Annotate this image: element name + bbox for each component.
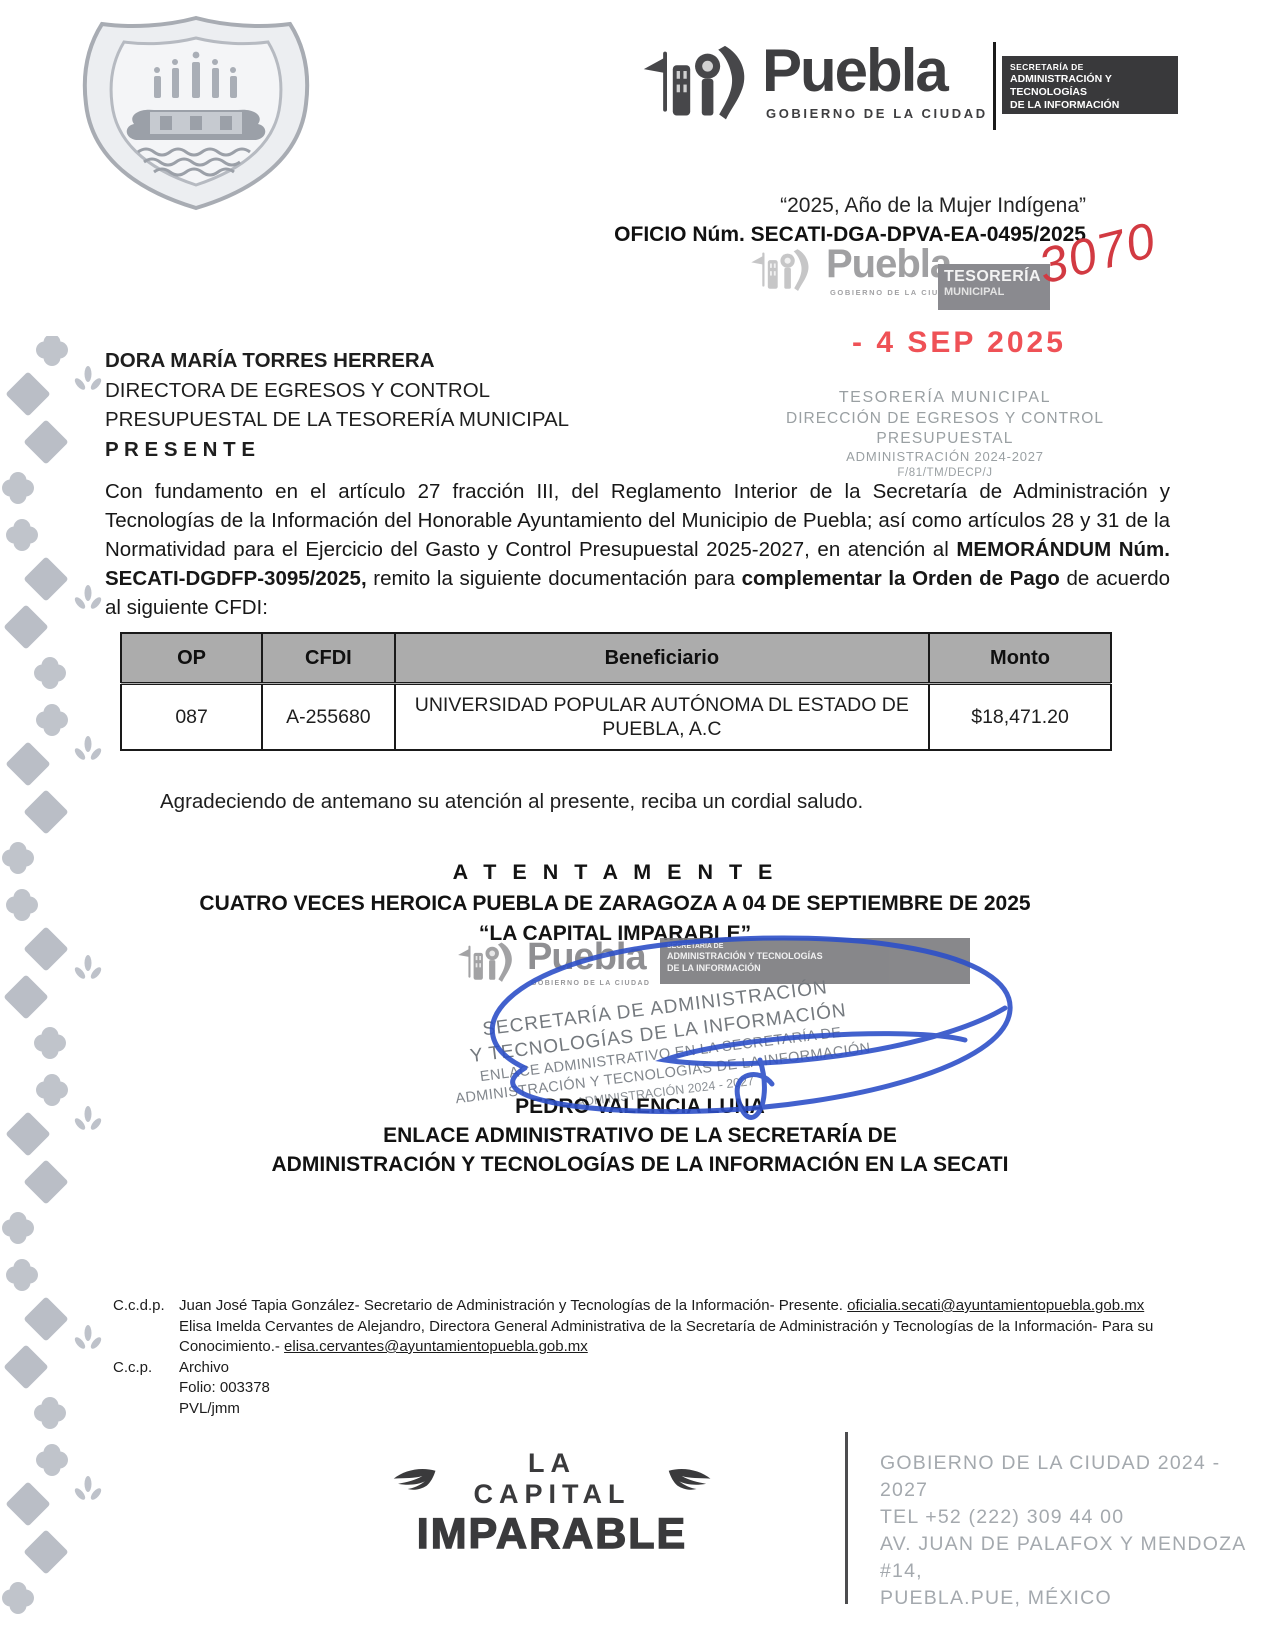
cc-row: C.c.p. Archivo xyxy=(113,1358,1221,1379)
year-quote: “2025, Año de la Mujer Indígena” xyxy=(466,194,1086,218)
cfdi-table: OP CFDI Beneficiario Monto 087 A-255680 … xyxy=(120,632,1112,751)
cc-archivo: Archivo xyxy=(179,1358,1221,1379)
cc-row: Folio: 003378 xyxy=(113,1378,1221,1399)
talavera-margin-pattern xyxy=(0,336,112,1646)
cc-initials: PVL/jmm xyxy=(179,1399,1221,1420)
logo-divider xyxy=(993,42,996,130)
atentamente: A T E N T A M E N T E xyxy=(65,860,1165,885)
puebla-coat-of-arms xyxy=(76,12,316,212)
brand-wordmark: Puebla xyxy=(762,36,947,105)
address-line: AV. JUAN DE PALAFOX Y MENDOZA #14, xyxy=(880,1531,1272,1585)
cc-label: C.c.d.p. xyxy=(113,1296,179,1317)
wing-left-icon xyxy=(392,1466,437,1493)
cc-entry: Elisa Imelda Cervantes de Alejandro, Dir… xyxy=(179,1317,1221,1358)
cc-entry1-email-link[interactable]: oficialia.secati@ayuntamientopuebla.gob.… xyxy=(847,1297,1144,1314)
footer-address: GOBIERNO DE LA CIUDAD 2024 - 2027 TEL +5… xyxy=(880,1450,1272,1612)
address-line: GOBIERNO DE LA CIUDAD 2024 - 2027 xyxy=(880,1450,1272,1504)
header-cfdi: CFDI xyxy=(262,633,394,684)
cell-op: 087 xyxy=(121,684,262,751)
body-paragraph: Con fundamento en el artículo 27 fracció… xyxy=(105,477,1170,622)
secretariat-line1: ADMINISTRACIÓN Y TECNOLOGÍAS xyxy=(1010,73,1170,99)
handwritten-signature xyxy=(430,898,1050,1150)
header-beneficiario: Beneficiario xyxy=(395,633,929,684)
thanks-line: Agradeciendo de antemano su atención al … xyxy=(160,790,863,814)
puebla-landmarks-icon-faded xyxy=(748,242,814,302)
received-line: TESORERÍA MUNICIPAL xyxy=(760,388,1130,409)
header-monto: Monto xyxy=(929,633,1111,684)
cc-entry2-email-link[interactable]: elisa.cervantes@ayuntamientopuebla.gob.m… xyxy=(284,1338,588,1355)
secretariat-box: SECRETARÍA DE ADMINISTRACIÓN Y TECNOLOGÍ… xyxy=(1002,56,1178,114)
address-line: TEL +52 (222) 309 44 00 xyxy=(880,1504,1272,1531)
received-stamp-text: TESORERÍA MUNICIPAL DIRECCIÓN DE EGRESOS… xyxy=(760,388,1130,481)
header-brand-logo: Puebla GOBIERNO DE LA CIUDAD SECRETARÍA … xyxy=(638,40,1178,136)
wing-right-icon xyxy=(667,1466,712,1493)
cc-entry: Juan José Tapia González- Secretario de … xyxy=(179,1296,1221,1317)
puebla-landmarks-icon xyxy=(638,40,754,132)
cc-entry1-text: Juan José Tapia González- Secretario de … xyxy=(179,1297,847,1314)
table-header-row: OP CFDI Beneficiario Monto xyxy=(121,633,1111,684)
tesoreria-stamp: Puebla GOBIERNO DE LA CIUDAD TESORERÍA M… xyxy=(748,240,1058,318)
tesoreria-box-line2: MUNICIPAL xyxy=(944,286,1044,298)
cell-beneficiario: UNIVERSIDAD POPULAR AUTÓNOMA DL ESTADO D… xyxy=(395,684,929,751)
tesoreria-box: TESORERÍA MUNICIPAL xyxy=(938,264,1050,310)
cc-block: C.c.d.p. Juan José Tapia González- Secre… xyxy=(113,1296,1221,1419)
signer-title2: ADMINISTRACIÓN Y TECNOLOGÍAS DE LA INFOR… xyxy=(90,1150,1190,1179)
header-op: OP xyxy=(121,633,262,684)
ccp-label: C.c.p. xyxy=(113,1358,179,1379)
cc-row: PVL/jmm xyxy=(113,1399,1221,1420)
received-line: ADMINISTRACIÓN 2024-2027 xyxy=(760,449,1130,466)
cc-row: Elisa Imelda Cervantes de Alejandro, Dir… xyxy=(113,1317,1221,1358)
cc-row: C.c.d.p. Juan José Tapia González- Secre… xyxy=(113,1296,1221,1317)
secretariat-line2: DE LA INFORMACIÓN xyxy=(1010,99,1170,112)
cell-cfdi: A-255680 xyxy=(262,684,394,751)
recipient-name: DORA MARÍA TORRES HERRERA xyxy=(105,346,569,376)
imparable-text: IMPARABLE xyxy=(392,1510,712,1559)
stamp-brand-wordmark: Puebla xyxy=(826,242,951,287)
recipient-title2: PRESUPUESTAL DE LA TESORERÍA MUNICIPAL xyxy=(105,405,569,435)
capital-text: LA CAPITAL xyxy=(445,1448,659,1510)
table-row: 087 A-255680 UNIVERSIDAD POPULAR AUTÓNOM… xyxy=(121,684,1111,751)
para-segment: remito la siguiente documentación para xyxy=(367,567,742,590)
footer-divider xyxy=(845,1432,848,1604)
date-received-stamp: - 4 SEP 2025 xyxy=(852,326,1066,360)
recipient-title1: DIRECTORA DE EGRESOS Y CONTROL xyxy=(105,376,569,406)
received-line: DIRECCIÓN DE EGRESOS Y CONTROL xyxy=(760,409,1130,429)
cc-folio: Folio: 003378 xyxy=(179,1378,1221,1399)
capital-imparable-logo: LA CAPITAL IMPARABLE xyxy=(392,1448,712,1559)
cell-monto: $18,471.20 xyxy=(929,684,1111,751)
para-segment-bold: complementar la Orden de Pago xyxy=(742,567,1060,590)
brand-subtitle: GOBIERNO DE LA CIUDAD xyxy=(766,106,988,121)
recipient-block: DORA MARÍA TORRES HERRERA DIRECTORA DE E… xyxy=(105,346,569,464)
received-line: PRESUPUESTAL xyxy=(760,429,1130,449)
tesoreria-box-line1: TESORERÍA xyxy=(944,268,1044,286)
secretariat-small: SECRETARÍA DE xyxy=(1010,62,1170,73)
address-line: PUEBLA.PUE, MÉXICO xyxy=(880,1585,1272,1612)
recipient-present: P R E S E N T E xyxy=(105,435,569,465)
